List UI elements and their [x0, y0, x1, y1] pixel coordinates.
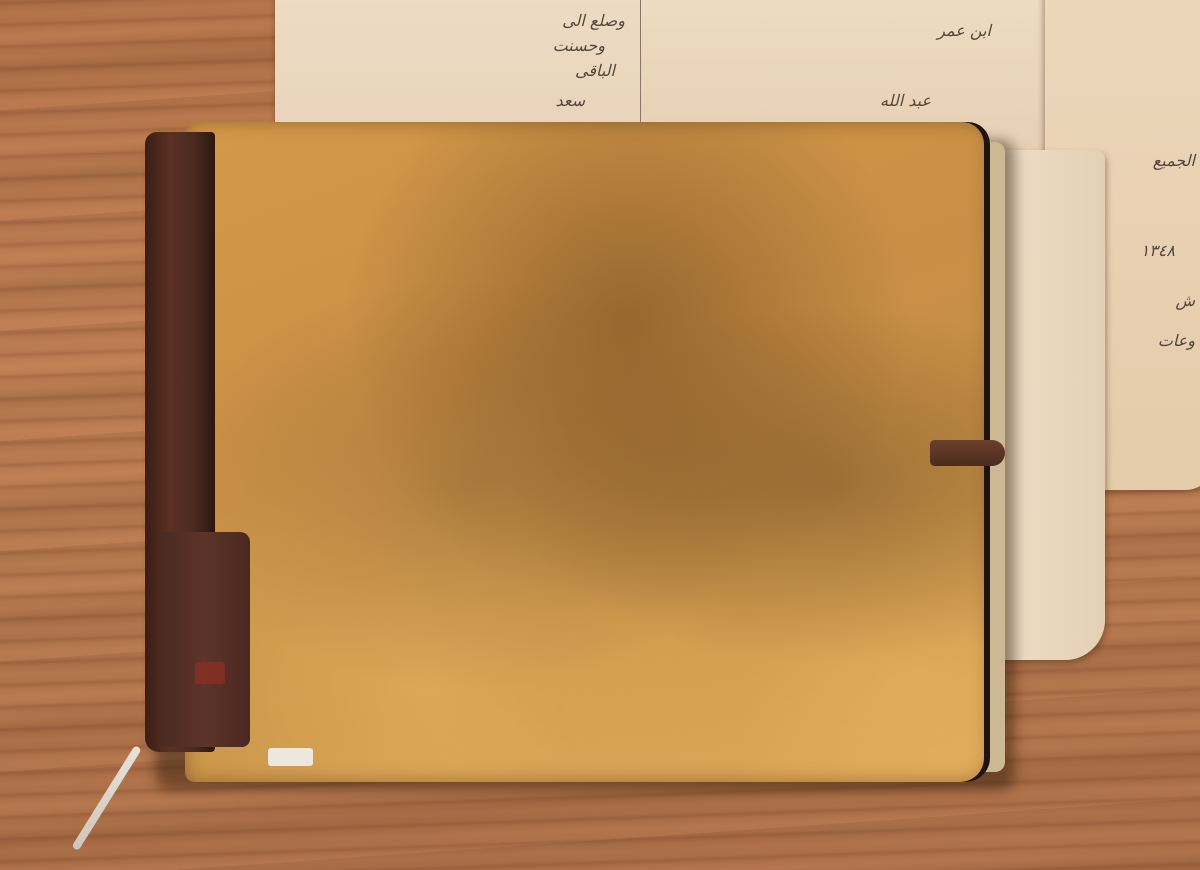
handwriting-line: ابن عمر [937, 20, 991, 42]
spine-leather-patch [160, 532, 250, 747]
handwriting-line: ١٣٤٨ [1141, 240, 1175, 262]
handwriting-line: عبد الله [880, 90, 931, 112]
handwriting-line: وحسنت [553, 35, 605, 57]
paper-tab [268, 748, 313, 766]
handwriting-line: الجميع [1153, 150, 1195, 172]
spine-red-mark [195, 662, 225, 684]
leather-book [145, 122, 1010, 782]
book-cover [185, 122, 990, 782]
handwriting-line: الباقى [575, 60, 615, 82]
book-clasp [930, 440, 1005, 466]
handwriting-line: سعد [555, 90, 585, 112]
photo-scene: وصلع الى وحسنت الباقى سعد ابن عمر عبد ال… [0, 0, 1200, 870]
handwriting-line: ش [1175, 290, 1195, 312]
handwriting-line: وصلع الى [562, 10, 625, 32]
handwriting-line: وعات [1158, 330, 1195, 352]
